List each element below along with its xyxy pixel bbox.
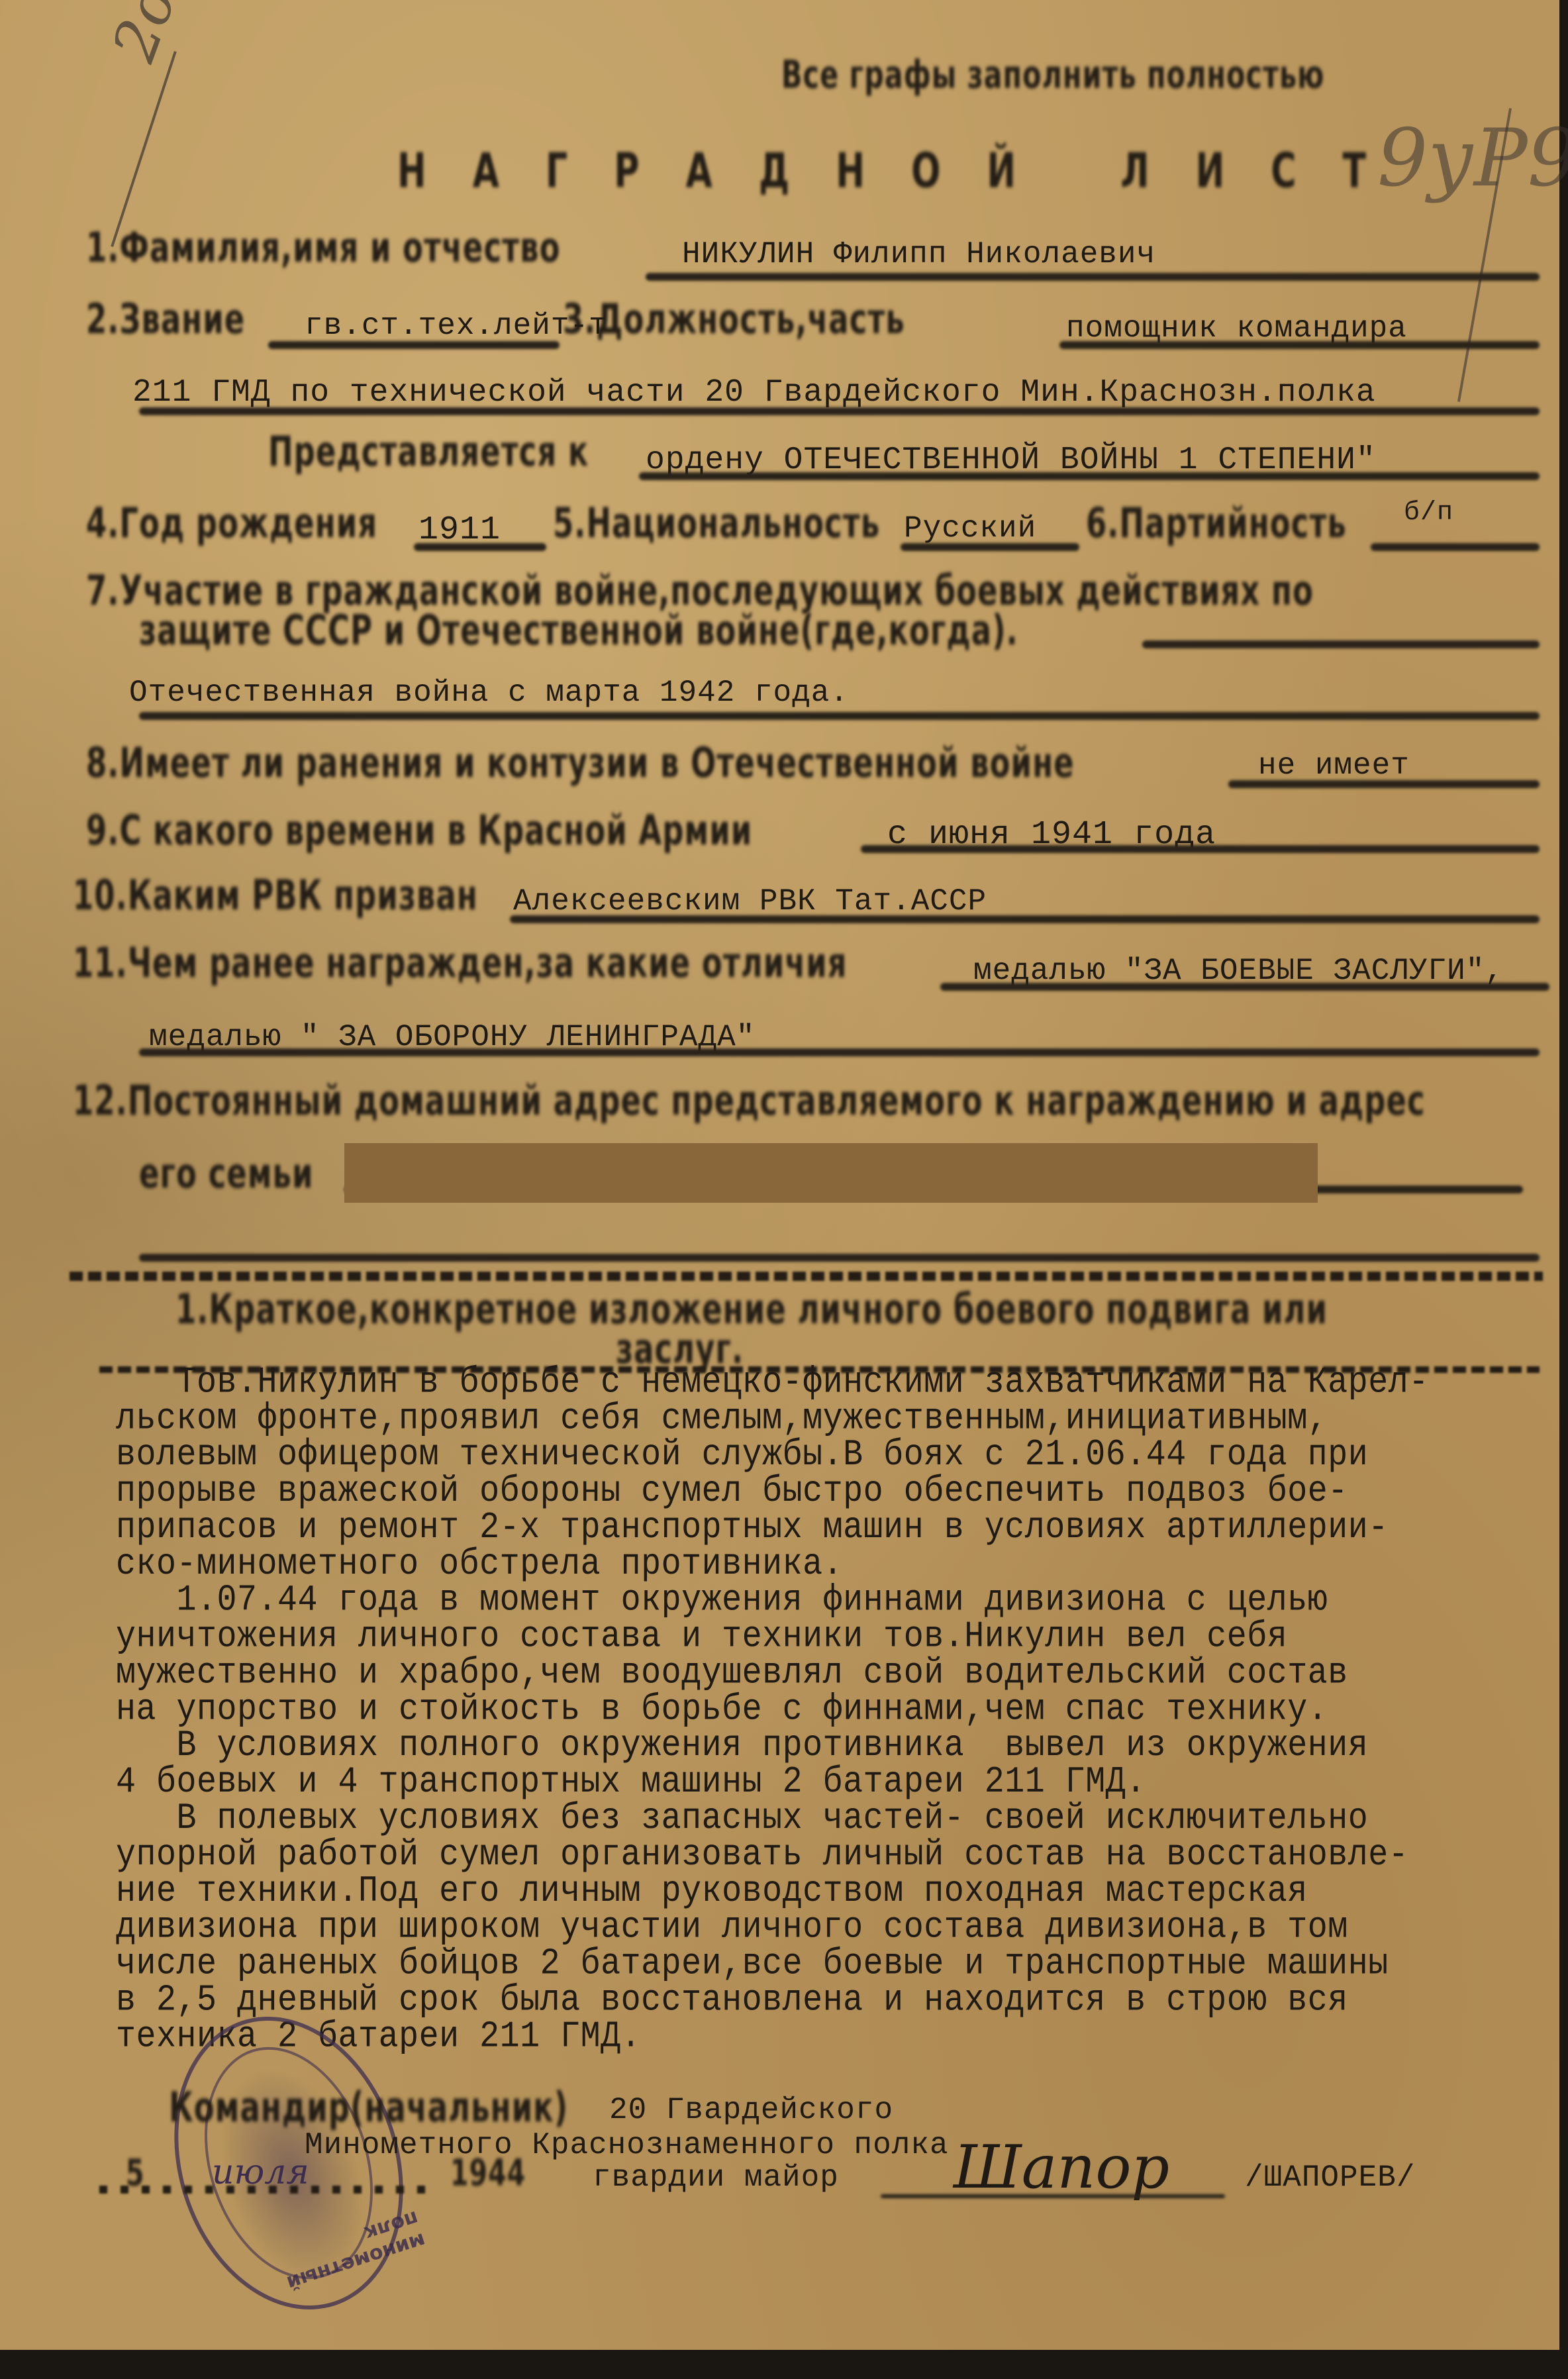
body-line: 4 боевых и 4 транспортных машины 2 батар…	[116, 1764, 1553, 1801]
field-7-label-line2: защите СССР и Отечественной войне(где,ко…	[139, 607, 1018, 655]
field-8-underline	[1228, 780, 1540, 788]
body-line: в 2,5 дневный срок была восстановлена и …	[116, 1982, 1553, 2019]
corner-handwriting-left: 2оь	[99, 0, 201, 70]
field-1-label: 1.Фамилия,имя и отчество	[86, 224, 561, 272]
field-9-label: 9.С какого времени в Красной Армии	[86, 807, 752, 855]
field-3-label: 3.Должность,часть	[563, 295, 905, 344]
field-2-label: 2.Звание	[86, 295, 245, 344]
field-6-value: б/п	[1404, 498, 1453, 528]
body-line: льском фронте,проявил себя смелым,мужест…	[116, 1401, 1553, 1437]
presented-underline	[639, 472, 1540, 480]
presented-label: Представляется к	[268, 428, 589, 476]
field-7-value: Отечественная война с марта 1942 года.	[129, 676, 849, 710]
field-12-label-line1: 12.Постоянный домашний адрес представляе…	[73, 1077, 1426, 1125]
body-line: на упорство и стойкость в борьбе с финна…	[116, 1692, 1553, 1728]
award-sheet-page: 2оь 9уР9 Все графы заполнить полностью Н…	[0, 0, 1559, 2350]
field-4-label: 4.Год рождения	[86, 499, 377, 548]
body-line: ние техники.Под его личным руководством …	[116, 1873, 1553, 1909]
field-8-label: 8.Имеет ли ранения и контузии в Отечеств…	[86, 739, 1075, 787]
field-11-underline-2	[139, 1048, 1540, 1056]
document-title: НАГРАДНОЙ ЛИСТ	[397, 142, 1412, 199]
body-line: дивизиона при широком участии личного со…	[116, 1909, 1553, 1946]
field-8-value: не имеет	[1258, 748, 1410, 783]
date-year: 1944	[450, 2152, 526, 2194]
section-divider-dotted	[70, 1272, 1543, 1281]
body-line: упорной работой сумел организовать личны…	[116, 1837, 1553, 1873]
field-3-underline-1	[1059, 341, 1540, 349]
field-1-value: НИКУЛИН Филипп Николаевич	[682, 237, 1155, 272]
body-line: прорыве вражеской обороны сумел быстро о…	[116, 1474, 1553, 1510]
field-10-label: 10.Каким РВК призван	[73, 872, 478, 920]
unit-line1: 20 Гвардейского	[609, 2093, 893, 2127]
body-line: В условиях полного окружения противника …	[116, 1728, 1553, 1764]
field-12-label-line2: его семьи	[139, 1150, 314, 1198]
field-5-value: Русский	[904, 511, 1036, 546]
field-5-label: 5.Национальность	[553, 499, 880, 548]
body-line: волевым офицером технической службы.В бо…	[116, 1437, 1553, 1474]
field-5-underline	[901, 543, 1079, 551]
signer-name: /ШАПОРЕВ/	[1245, 2160, 1415, 2195]
field-6-underline	[1371, 543, 1540, 551]
signer-rank: гвардии майор	[593, 2160, 839, 2195]
commander-label: Командир(начальник)	[169, 2084, 568, 2132]
body-line: числе раненых бойцов 2 батареи,все боевы…	[116, 1946, 1553, 1982]
field-3-value-line2: 211 ГМД по технической части 20 Гвардейс…	[132, 375, 1376, 411]
body-line: уничтожения личного состава и техники то…	[116, 1619, 1553, 1655]
field-9-underline	[861, 845, 1540, 853]
merit-description: Тов.Никулин в борьбе с немецко-финскими …	[116, 1364, 1553, 2055]
section-divider-solid	[139, 1254, 1540, 1262]
field-11-underline-1	[940, 983, 1549, 991]
body-line: припасов и ремонт 2-х транспортных машин…	[116, 1510, 1553, 1546]
field-3-underline-2	[139, 407, 1540, 415]
field-7-underline-2	[139, 712, 1540, 720]
header-note: Все графы заполнить полностью	[781, 52, 1324, 97]
signer-signature: Шапор	[954, 2133, 1169, 2202]
body-line: Тов.Никулин в борьбе с немецко-финскими …	[116, 1364, 1553, 1401]
unit-line2: Минометного Краснознаменного полка	[305, 2128, 949, 2162]
date-dotted-line	[99, 2186, 430, 2194]
body-line: 1.07.44 года в момент окружения финнами …	[116, 1582, 1553, 1619]
body-line: ско-минометного обстрела противника.	[116, 1546, 1553, 1582]
field-4-underline	[414, 543, 546, 551]
field-1-underline	[646, 273, 1540, 281]
field-6-label: 6.Партийность	[1086, 499, 1347, 548]
field-11-label: 11.Чем ранее награжден,за какие отличия	[73, 939, 848, 987]
field-10-underline	[510, 915, 1540, 923]
body-line: мужественно и храбро,чем воодушевлял сво…	[116, 1655, 1553, 1692]
field-7-underline-1	[1142, 640, 1540, 648]
field-10-value: Алексеевским РВК Тат.АССР	[513, 884, 987, 919]
body-line: В полевых условиях без запасных частей- …	[116, 1801, 1553, 1837]
section-heading-line1: 1.Краткое,конкретное изложение личного б…	[175, 1286, 1328, 1334]
signature-line	[881, 2194, 1225, 2198]
address-redaction	[344, 1143, 1318, 1203]
margin-pencil-line	[111, 51, 177, 247]
field-2-underline	[268, 341, 560, 349]
